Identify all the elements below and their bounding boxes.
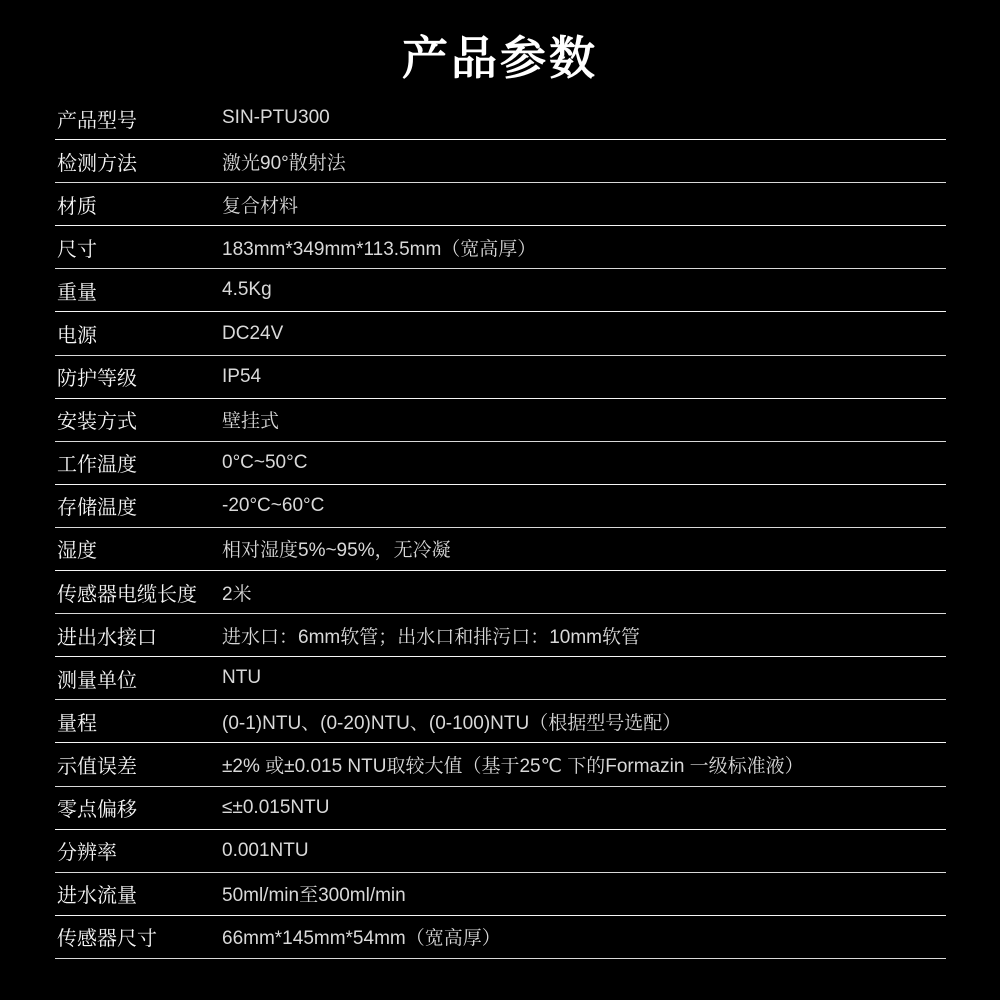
spec-label: 检测方法 — [55, 147, 222, 176]
spec-row-12: 进出水接口 进水口：6mm软管；出水口和排污口：10mm软管 — [55, 614, 946, 657]
spec-row-2: 材质 复合材料 — [55, 183, 946, 226]
spec-value: DC24V — [222, 323, 946, 345]
spec-row-10: 湿度 相对湿度5%~95%，无冷凝 — [55, 528, 946, 571]
spec-row-9: 存储温度 -20°C~60°C — [55, 485, 946, 528]
spec-row-19: 传感器尺寸 66mm*145mm*54mm（宽高厚） — [55, 916, 946, 959]
spec-label: 传感器尺寸 — [55, 922, 222, 951]
page-title: 产品参数 — [0, 22, 1000, 88]
spec-label: 尺寸 — [55, 233, 222, 262]
spec-value: 复合材料 — [222, 191, 946, 218]
spec-value: (0-1)NTU、(0-20)NTU、(0-100)NTU（根据型号选配） — [222, 708, 946, 735]
spec-label: 重量 — [55, 276, 222, 305]
spec-row-18: 进水流量 50ml/min至300ml/min — [55, 873, 946, 916]
spec-value: 183mm*349mm*113.5mm（宽高厚） — [222, 234, 946, 261]
spec-table: 产品型号 SIN-PTU300 检测方法 激光90°散射法 材质 复合材料 尺寸… — [55, 97, 946, 959]
spec-value: 2米 — [222, 579, 946, 606]
spec-label: 防护等级 — [55, 362, 222, 391]
spec-row-4: 重量 4.5Kg — [55, 269, 946, 312]
spec-row-8: 工作温度 0°C~50°C — [55, 442, 946, 485]
spec-value: ±2% 或±0.015 NTU取较大值（基于25℃ 下的Formazin 一级标… — [222, 751, 946, 778]
spec-value: SIN-PTU300 — [222, 107, 946, 129]
product-parameters-page: 产品参数 产品型号 SIN-PTU300 检测方法 激光90°散射法 材质 复合… — [0, 0, 1000, 1000]
spec-row-14: 量程 (0-1)NTU、(0-20)NTU、(0-100)NTU（根据型号选配） — [55, 700, 946, 743]
spec-value: IP54 — [222, 366, 946, 388]
spec-value: 激光90°散射法 — [222, 148, 946, 175]
spec-label: 分辨率 — [55, 836, 222, 865]
spec-row-13: 测量单位 NTU — [55, 657, 946, 700]
spec-value: 66mm*145mm*54mm（宽高厚） — [222, 923, 946, 950]
spec-row-6: 防护等级 IP54 — [55, 356, 946, 399]
spec-label: 示值误差 — [55, 750, 222, 779]
spec-row-3: 尺寸 183mm*349mm*113.5mm（宽高厚） — [55, 226, 946, 269]
spec-row-11: 传感器电缆长度 2米 — [55, 571, 946, 614]
spec-row-5: 电源 DC24V — [55, 312, 946, 355]
spec-label: 工作温度 — [55, 448, 222, 477]
spec-row-7: 安装方式 壁挂式 — [55, 399, 946, 442]
spec-label: 湿度 — [55, 534, 222, 563]
spec-value: 进水口：6mm软管；出水口和排污口：10mm软管 — [222, 622, 946, 649]
spec-label: 测量单位 — [55, 664, 222, 693]
spec-label: 安装方式 — [55, 405, 222, 434]
spec-row-1: 检测方法 激光90°散射法 — [55, 140, 946, 183]
spec-value: 50ml/min至300ml/min — [222, 880, 946, 907]
spec-row-16: 零点偏移 ≤±0.015NTU — [55, 787, 946, 830]
spec-value: 相对湿度5%~95%，无冷凝 — [222, 535, 946, 562]
spec-value: 0°C~50°C — [222, 452, 946, 474]
spec-label: 存储温度 — [55, 491, 222, 520]
spec-label: 零点偏移 — [55, 793, 222, 822]
spec-label: 传感器电缆长度 — [55, 578, 222, 607]
spec-value: 4.5Kg — [222, 279, 946, 301]
spec-label: 材质 — [55, 190, 222, 219]
spec-label: 进出水接口 — [55, 621, 222, 650]
spec-value: 壁挂式 — [222, 406, 946, 433]
spec-value: ≤±0.015NTU — [222, 797, 946, 819]
spec-label: 电源 — [55, 319, 222, 348]
spec-label: 产品型号 — [55, 104, 222, 133]
spec-row-0: 产品型号 SIN-PTU300 — [55, 97, 946, 140]
spec-label: 进水流量 — [55, 879, 222, 908]
spec-value: NTU — [222, 667, 946, 689]
spec-label: 量程 — [55, 707, 222, 736]
spec-value: 0.001NTU — [222, 840, 946, 862]
spec-value: -20°C~60°C — [222, 495, 946, 517]
spec-row-17: 分辨率 0.001NTU — [55, 830, 946, 873]
spec-row-15: 示值误差 ±2% 或±0.015 NTU取较大值（基于25℃ 下的Formazi… — [55, 743, 946, 786]
